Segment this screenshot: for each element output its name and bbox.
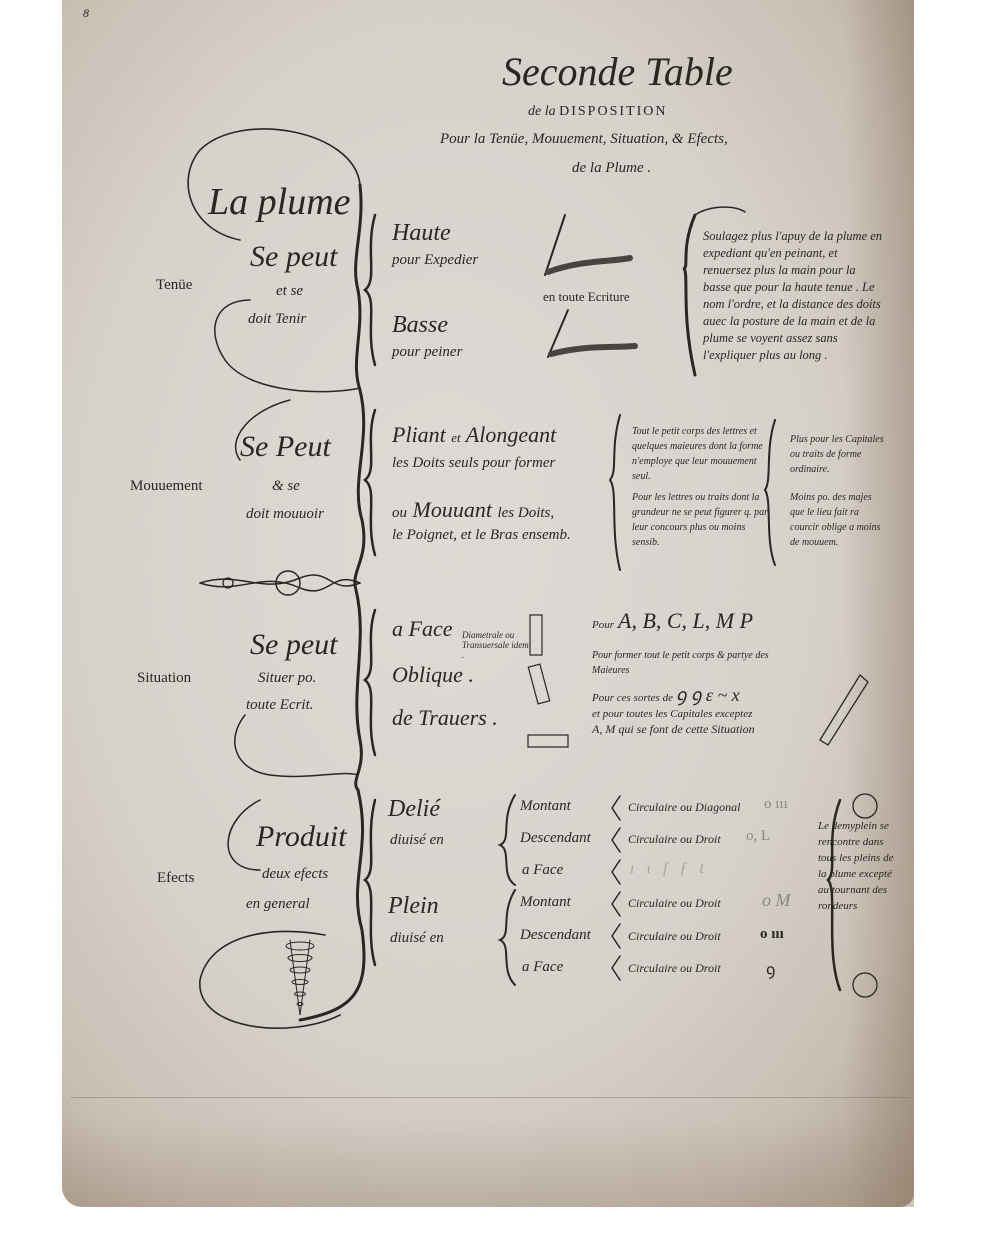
mouvement-option-1: Pliant et Alongeant <box>392 422 556 448</box>
situation-note-3-glyphs: ꝯ ꝯ ɛ ~ x <box>676 685 740 705</box>
situation-note-1-letters: A, B, C, L, M P <box>618 608 753 633</box>
subtitle-line-1: de la DISPOSITION <box>528 104 667 120</box>
situation-option-trauers: de Trauers . <box>392 705 498 731</box>
subtitle-line-3: de la Plume . <box>572 160 651 177</box>
option-2-a: ou <box>392 505 407 521</box>
delie-dir-face: a Face <box>522 862 563 879</box>
plein-sample-descendant: o ııı <box>760 926 784 943</box>
mouvement-note-right-2: Moins po. des majes que le lieu fait ra … <box>790 490 885 550</box>
pen-nib-icon <box>815 670 870 750</box>
efects-group-plein: Plein <box>388 893 439 920</box>
situation-note-1-prefix: Pour <box>592 619 614 631</box>
plein-kind-face: Circulaire ou Droit <box>628 961 721 976</box>
efects-verb-3: en general <box>246 896 310 913</box>
tenue-option-haute: Haute <box>392 220 451 247</box>
option-2-b: Mouuant <box>413 497 492 522</box>
hand-quill-high-icon <box>540 205 640 280</box>
paper-sheet <box>62 0 914 1207</box>
efects-verb-1: Produit <box>256 820 347 854</box>
option-2-c: les Doits, <box>497 505 554 521</box>
tenue-option-basse-desc: pour peiner <box>392 344 462 361</box>
plein-kind-descendant: Circulaire ou Droit <box>628 929 721 944</box>
mouvement-verb-1: Se Peut <box>240 430 331 464</box>
delie-kind-montant: Circulaire ou Diagonal <box>628 800 740 815</box>
delie-kind-descendant: Circulaire ou Droit <box>628 832 721 847</box>
category-tenue: Tenüe <box>156 277 192 294</box>
mouvement-option-1-desc: les Doits seuls pour former <box>392 455 555 472</box>
subtitle-line-2: Pour la Tenüe, Mouuement, Situation, & E… <box>440 131 728 148</box>
page-title: Seconde Table <box>502 48 733 95</box>
tenue-verb-3: doit Tenir <box>248 311 306 328</box>
plein-sample-montant: o M <box>762 890 791 911</box>
pen-nib-positions-icon <box>520 612 570 742</box>
mouvement-note-right-1: Plus pour les Capitales ou traits de for… <box>790 432 885 477</box>
option-1-c: Alongeant <box>466 422 556 447</box>
efects-group-delie: Delié <box>388 796 440 823</box>
delie-sample-face: ı ı ſ ƒ t <box>630 860 708 878</box>
situation-option-oblique: Oblique . <box>392 662 474 688</box>
hand-quill-low-icon <box>540 305 640 365</box>
illustration-caption: en toute Ecriture <box>543 289 630 305</box>
fold-line <box>70 1097 910 1098</box>
tenue-verb-1: Se peut <box>250 240 337 274</box>
situation-note-4: et pour toutes les Capitales exceptez <box>592 708 752 720</box>
root-label: La plume <box>208 180 351 224</box>
tenue-option-haute-desc: pour Expedier <box>392 252 478 269</box>
efects-verb-2: deux efects <box>262 866 328 883</box>
plein-dir-descendant: Descendant <box>520 927 591 944</box>
efects-side-note: Le demyplein se rencontre dans tous les … <box>818 818 900 914</box>
tenue-note: Soulagez plus l'apuy de la plume en expe… <box>703 228 883 364</box>
situation-verb-2: Situer po. <box>258 670 316 687</box>
subtitle-caps: DISPOSITION <box>559 104 667 119</box>
efects-group-delie-desc: diuisé en <box>390 832 444 849</box>
situation-option-face: a Face <box>392 616 452 642</box>
option-1-b: et <box>451 430 460 445</box>
plein-kind-montant: Circulaire ou Droit <box>628 896 721 911</box>
plein-dir-montant: Montant <box>520 894 571 911</box>
plein-dir-face: a Face <box>522 959 563 976</box>
mouvement-option-2: ou Mouuant les Doits, <box>392 497 554 523</box>
mouvement-verb-2: & se <box>272 478 300 495</box>
delie-sample-descendant: o, L <box>746 828 770 845</box>
category-mouvement: Mouuement <box>130 478 203 495</box>
plein-sample-face: ꝯ <box>766 958 775 980</box>
situation-note-3-text: Pour ces sortes de <box>592 692 673 704</box>
tenue-verb-2: et se <box>276 283 303 300</box>
situation-note-5: A, M qui se font de cette Situation <box>592 722 755 737</box>
mouvement-note-left-1: Tout le petit corps des lettres et quelq… <box>632 424 772 484</box>
delie-dir-montant: Montant <box>520 798 571 815</box>
subtitle-prefix: de la <box>528 104 556 119</box>
mouvement-option-2-desc: le Poignet, et le Bras ensemb. <box>392 527 571 544</box>
category-situation: Situation <box>137 670 191 687</box>
situation-verb-3: toute Ecrit. <box>246 697 314 714</box>
mouvement-note-left-2: Pour les lettres ou traits dont la grand… <box>632 490 772 550</box>
page-number: 8 <box>83 6 89 21</box>
situation-note-1: Pour A, B, C, L, M P <box>592 608 753 634</box>
mouvement-verb-3: doit mouuoir <box>246 506 324 523</box>
category-efects: Efects <box>157 870 194 887</box>
delie-dir-descendant: Descendant <box>520 830 591 847</box>
situation-note-3: Pour ces sortes de ꝯ ꝯ ɛ ~ x <box>592 683 740 707</box>
situation-verb-1: Se peut <box>250 628 337 662</box>
option-1-a: Pliant <box>392 422 446 447</box>
efects-group-plein-desc: diuisé en <box>390 930 444 947</box>
situation-note-2: Pour former tout le petit corps & partye… <box>592 648 782 678</box>
delie-sample-montant: o ııı <box>764 796 788 813</box>
tenue-option-basse: Basse <box>392 312 448 339</box>
